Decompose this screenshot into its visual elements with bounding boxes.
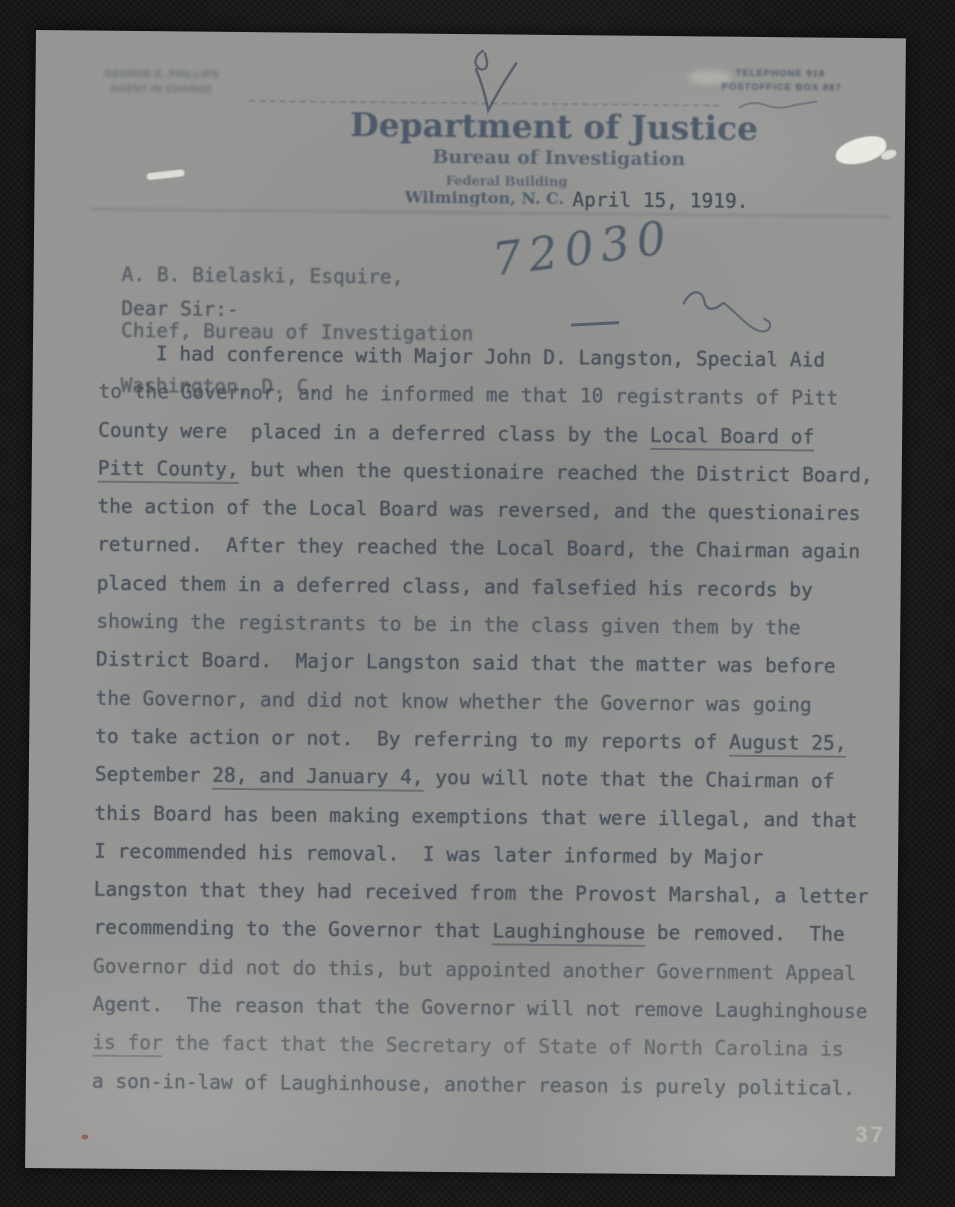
page-number: 37 — [855, 1122, 886, 1148]
body-text: the Governor, and did not know whether t… — [95, 686, 811, 716]
underlined-text: August 25, — [729, 731, 847, 758]
paper-scratch-mark — [146, 169, 185, 180]
body-text: I recommended his removal. I was later i… — [94, 839, 763, 868]
salutation: Dear Sir:- — [121, 297, 239, 321]
body-text: showing the registrants to be in the cla… — [96, 610, 801, 640]
body-text: returned. After they reached the Local B… — [97, 533, 860, 563]
letter-body: I had conference with Major John D. Lang… — [92, 335, 874, 1108]
body-text: you will note that the Chairman of — [423, 766, 834, 793]
crease-line-lower — [90, 208, 890, 219]
body-text: a son-in-law of Laughinhouse, another re… — [92, 1069, 855, 1099]
body-text: Langston that they had received from the… — [94, 878, 869, 908]
body-text: the fact that the Secretary of State of … — [163, 1032, 844, 1062]
agent-title: AGENT IN CHARGE — [73, 81, 249, 98]
contact-letterhead-block: TELEPHONE 918 POSTOFFICE BOX 887 — [721, 67, 842, 96]
body-text: to take action or not. By referring to m… — [95, 725, 729, 754]
body-text: Governor did not do this, but appointed … — [93, 954, 856, 984]
postoffice-line: POSTOFFICE BOX 887 — [721, 81, 841, 96]
underlined-text: 28, and January 4, — [212, 764, 424, 792]
recipient-name: A. B. Bielaski, Esquire, — [122, 266, 474, 288]
body-text: be removed. The — [645, 921, 845, 946]
underlined-text: is for — [92, 1031, 163, 1058]
letterhead-city: Wilmington, N. C. — [364, 187, 604, 208]
letterhead-bureau: Bureau of Investigation — [369, 145, 749, 171]
body-text: but when the questionaire reached the Di… — [239, 458, 873, 487]
letter-date: April 15, 1919. — [572, 188, 748, 213]
body-text: recommending to the Governor that — [93, 916, 492, 943]
letter-page: GEORGE E. PHILLIPS AGENT IN CHARGE TELEP… — [25, 30, 906, 1176]
agent-letterhead-block: GEORGE E. PHILLIPS AGENT IN CHARGE — [73, 66, 249, 98]
letterhead-department: Department of Justice — [299, 105, 809, 149]
body-text: to the Governor, and he informed me that… — [98, 380, 838, 410]
body-text: September — [95, 763, 213, 787]
underlined-text: Local Board of — [650, 424, 815, 452]
body-text: I had conference with Major John D. Lang… — [156, 342, 825, 371]
red-speck-mark — [81, 1134, 88, 1139]
paper-tear-mark — [833, 133, 889, 168]
body-text: this Board has been making exemptions th… — [94, 801, 857, 831]
underlined-text: Laughinghouse — [492, 920, 645, 947]
telephone-line: TELEPHONE 918 — [722, 67, 842, 82]
body-line: a son-in-law of Laughinhouse, another re… — [92, 1062, 867, 1108]
body-text: Agent. The reason that the Governor will… — [93, 993, 868, 1023]
body-text: the action of the Local Board was revers… — [97, 495, 860, 525]
agent-name: GEORGE E. PHILLIPS — [74, 66, 250, 83]
body-text: County were placed in a deferred class b… — [98, 418, 650, 446]
body-text: District Board. Major Langston said that… — [96, 648, 836, 678]
underlined-text: Pitt County, — [98, 457, 239, 484]
body-text: placed them in a deferred class, and fal… — [97, 571, 813, 601]
